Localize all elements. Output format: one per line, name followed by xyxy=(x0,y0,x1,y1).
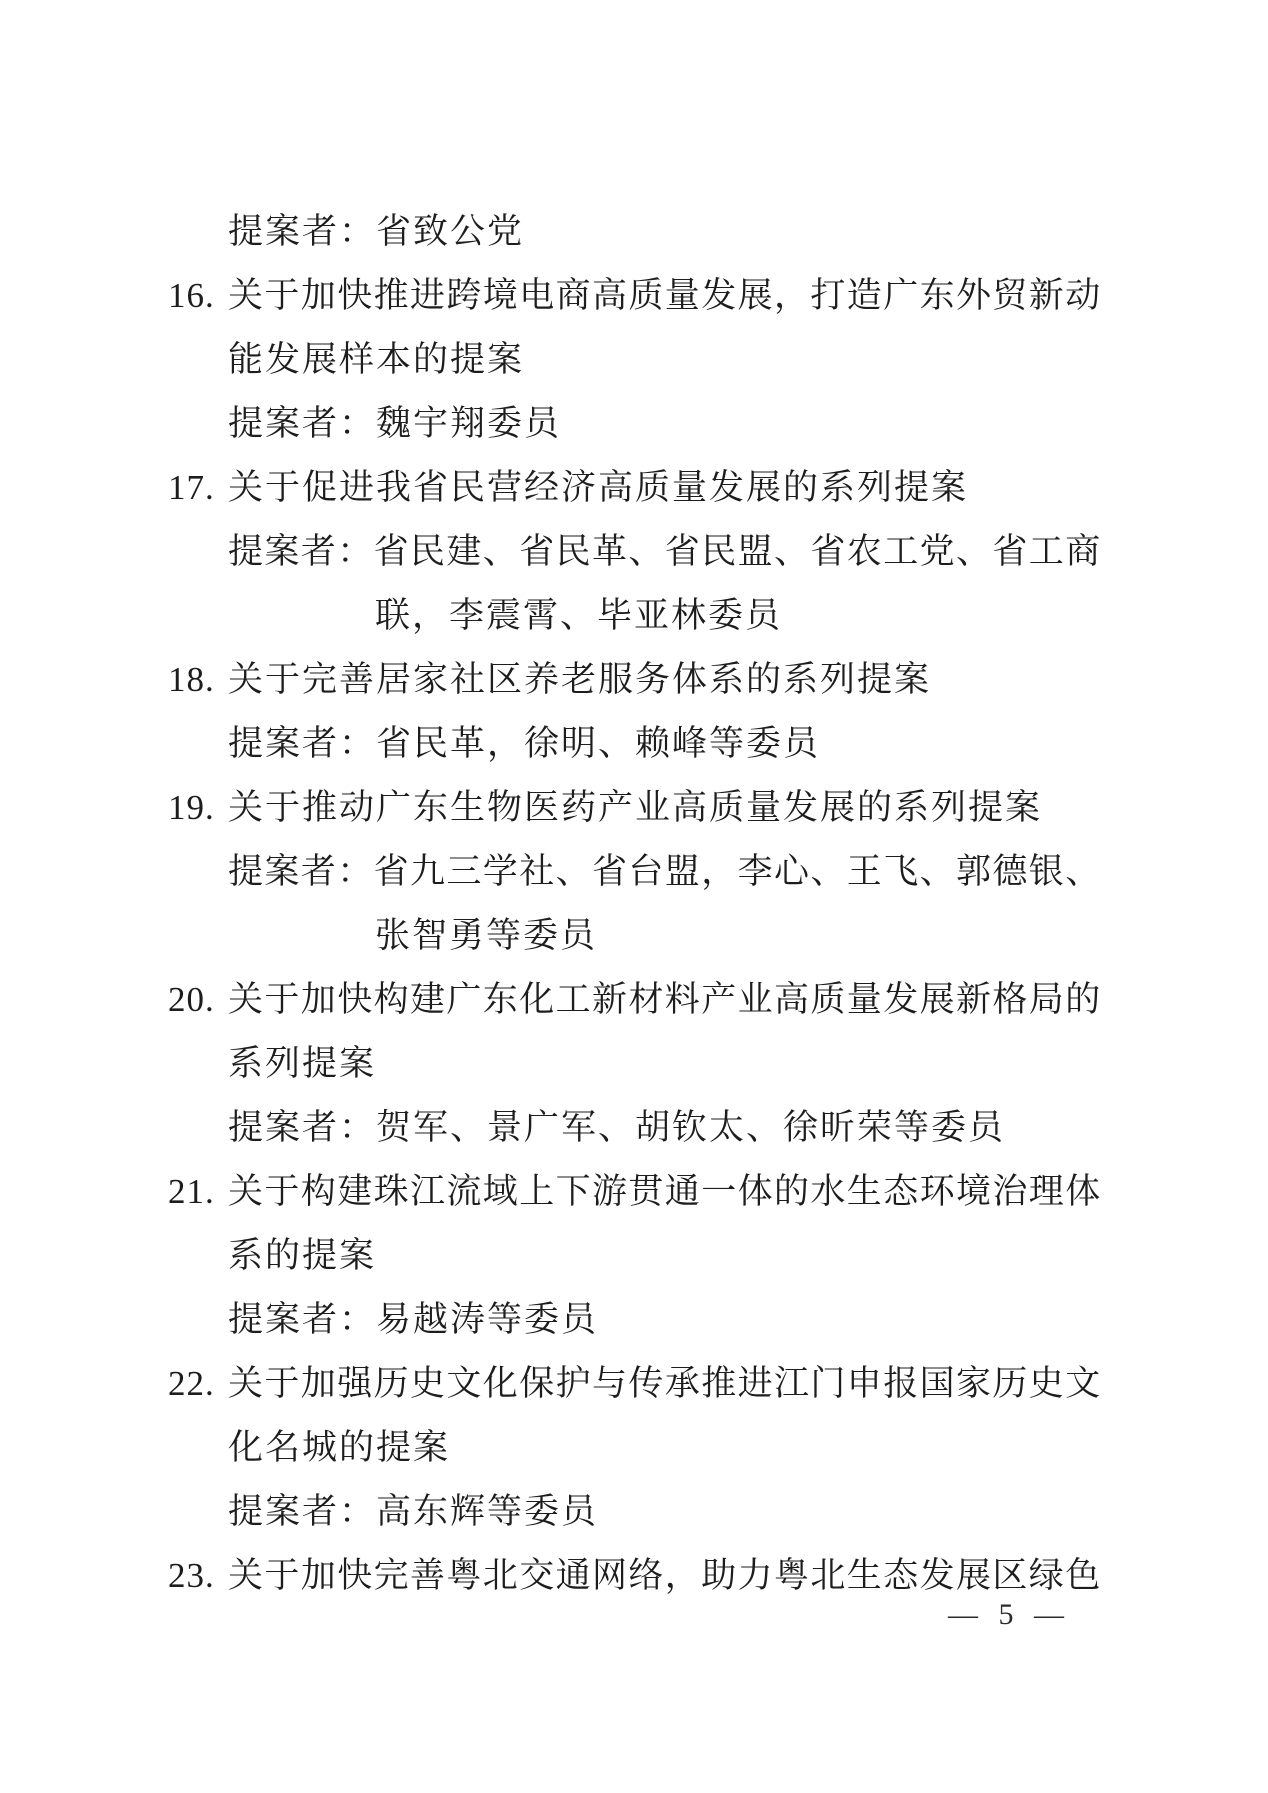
item-number: 23. xyxy=(168,1544,228,1608)
proposer-line: 提案者：省民建、省民革、省民盟、省农工党、省工商 xyxy=(228,520,1268,584)
proposal-item-line: 21.关于构建珠江流域上下游贯通一体的水生态环境治理体 xyxy=(228,1160,1268,1224)
proposal-item-line: 18.关于完善居家社区养老服务体系的系列提案 xyxy=(228,648,1268,712)
line-text: 提案者：省民革，徐明、赖峰等委员 xyxy=(228,724,820,763)
line-text: 系的提案 xyxy=(228,1236,376,1275)
line-text: 提案者：魏宇翔委员 xyxy=(228,404,561,443)
proposal-item-line: 17.关于促进我省民营经济高质量发展的系列提案 xyxy=(228,456,1268,520)
line-text: 联，李震霄、毕亚林委员 xyxy=(375,596,782,635)
line-text: 关于加强历史文化保护与传承推进江门申报国家历史文 xyxy=(228,1364,1102,1403)
proposer-continuation-line: 张智勇等委员 xyxy=(375,904,1268,968)
proposal-list: 提案者：省致公党16.关于加快推进跨境电商高质量发展，打造广东外贸新动能发展样本… xyxy=(0,200,1268,1608)
document-page: 提案者：省致公党16.关于加快推进跨境电商高质量发展，打造广东外贸新动能发展样本… xyxy=(0,0,1268,1793)
item-number: 21. xyxy=(168,1160,228,1224)
proposal-item-line: 16.关于加快推进跨境电商高质量发展，打造广东外贸新动 xyxy=(228,264,1268,328)
title-continuation-line: 化名城的提案 xyxy=(228,1416,1268,1480)
line-text: 关于加快构建广东化工新材料产业高质量发展新格局的 xyxy=(228,980,1102,1019)
line-text: 化名城的提案 xyxy=(228,1428,450,1467)
proposer-line: 提案者：魏宇翔委员 xyxy=(228,392,1268,456)
title-continuation-line: 系的提案 xyxy=(228,1224,1268,1288)
line-text: 提案者：省致公党 xyxy=(228,212,524,251)
line-text: 关于加快推进跨境电商高质量发展，打造广东外贸新动 xyxy=(228,276,1102,315)
title-continuation-line: 系列提案 xyxy=(228,1032,1268,1096)
proposer-line: 提案者：高东辉等委员 xyxy=(228,1480,1268,1544)
line-text: 提案者：高东辉等委员 xyxy=(228,1492,598,1531)
proposer-line: 提案者：贺军、景广军、胡钦太、徐昕荣等委员 xyxy=(228,1096,1268,1160)
item-number: 19. xyxy=(168,776,228,840)
line-text: 关于加快完善粤北交通网络，助力粤北生态发展区绿色 xyxy=(228,1556,1102,1595)
proposal-item-line: 19.关于推动广东生物医药产业高质量发展的系列提案 xyxy=(228,776,1268,840)
title-continuation-line: 能发展样本的提案 xyxy=(228,328,1268,392)
proposer-line: 提案者：省民革，徐明、赖峰等委员 xyxy=(228,712,1268,776)
line-text: 提案者：贺军、景广军、胡钦太、徐昕荣等委员 xyxy=(228,1108,1005,1147)
line-text: 关于完善居家社区养老服务体系的系列提案 xyxy=(228,660,931,699)
item-number: 16. xyxy=(168,264,228,328)
page-number: — 5 — xyxy=(948,1595,1066,1635)
line-text: 关于构建珠江流域上下游贯通一体的水生态环境治理体 xyxy=(228,1172,1102,1211)
item-number: 20. xyxy=(168,968,228,1032)
line-text: 提案者：省民建、省民革、省民盟、省农工党、省工商 xyxy=(228,532,1102,571)
line-text: 能发展样本的提案 xyxy=(228,340,524,379)
line-text: 系列提案 xyxy=(228,1044,376,1083)
line-text: 张智勇等委员 xyxy=(375,916,597,955)
item-number: 22. xyxy=(168,1352,228,1416)
proposer-line: 提案者：省致公党 xyxy=(228,200,1268,264)
item-number: 18. xyxy=(168,648,228,712)
line-text: 提案者：省九三学社、省台盟，李心、王飞、郭德银、 xyxy=(228,852,1102,891)
proposer-line: 提案者：易越涛等委员 xyxy=(228,1288,1268,1352)
proposal-item-line: 22.关于加强历史文化保护与传承推进江门申报国家历史文 xyxy=(228,1352,1268,1416)
proposer-continuation-line: 联，李震霄、毕亚林委员 xyxy=(375,584,1268,648)
proposal-item-line: 23.关于加快完善粤北交通网络，助力粤北生态发展区绿色 xyxy=(228,1544,1268,1608)
line-text: 关于推动广东生物医药产业高质量发展的系列提案 xyxy=(228,788,1042,827)
item-number: 17. xyxy=(168,456,228,520)
line-text: 提案者：易越涛等委员 xyxy=(228,1300,598,1339)
line-text: 关于促进我省民营经济高质量发展的系列提案 xyxy=(228,468,968,507)
proposer-line: 提案者：省九三学社、省台盟，李心、王飞、郭德银、 xyxy=(228,840,1268,904)
proposal-item-line: 20.关于加快构建广东化工新材料产业高质量发展新格局的 xyxy=(228,968,1268,1032)
